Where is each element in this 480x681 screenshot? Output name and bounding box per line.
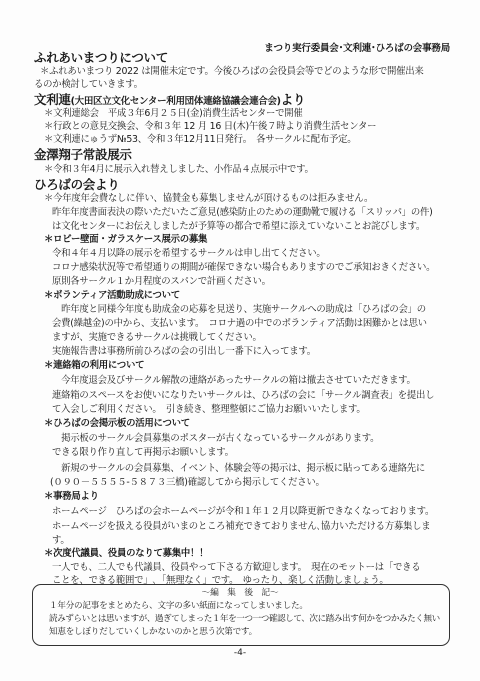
mailbox-line-2: 連絡箱のスペースをお使いになりたいサークルは、ひろばの会に「サークル調査表」を提… — [52, 390, 434, 402]
section-title-fureai: ふれあいまつりについて — [34, 50, 168, 65]
fureai-line-1: ＊ふれあいまつり 2022 は開催未定です。今後ひろばの会役員会等でどのような形… — [40, 66, 423, 78]
volunteer-line-1: 昨年度と同様今年度も助成金の応募を見送り、実施サークルへの助成は「ひろばの会」の — [52, 304, 426, 316]
bunriren-title-main: 文利連 — [34, 92, 71, 107]
mailbox-line-1: 今年度退会及びサークル解散の連絡があったサークルの箱は撤去させていただきます。 — [52, 375, 416, 387]
section-title-kanazawa: 金澤翔子常設展示 — [34, 147, 132, 162]
subsection-title-volunteer: ＊ボランティア活動助成について — [44, 290, 180, 302]
bunriren-line-1: ＊文利連総会 平成３年6月２５日(金)消費生活センターで開催 — [44, 108, 303, 120]
editor-note-line-3: 知恵をしぼりだしていくしかないのかと思う次第です。 — [49, 626, 257, 638]
editor-note-title: ～編 集 後 記～ — [0, 587, 480, 599]
recruit-line-1: 一人でも、二人でも代議員、役員やって下さる方歓迎します。 現在のモットーは「でき… — [52, 562, 420, 574]
office-line-3: す。 — [52, 535, 70, 547]
fureai-line-2: るのか検討していきます。 — [34, 79, 143, 91]
subsection-title-mailbox: ＊連絡箱の利用について — [44, 360, 144, 372]
subsection-title-bulletin: ＊ひろばの会掲示板の活用について — [44, 418, 190, 430]
subsection-title-recruit: ＊次度代議員、役員のなりて募集中！！ — [44, 548, 208, 560]
section-title-bunriren: 文利連(大田区立文化センター利用団体連絡協議会連合会)より — [34, 92, 305, 109]
publisher-header: まつり実行委員会･文利連･ひろばの会事務局 — [264, 40, 450, 54]
bunriren-line-3: ＊文利連にゅうず№53、令和３年12月11日発行。 各サークルに配布予定。 — [44, 134, 356, 146]
bunriren-title-sub: (大田区立文化センター利用団体連絡協議会連合会) — [71, 96, 281, 107]
office-line-1: ホームページ ひろばの会ホームページが令和１年１２月以降更新できなくなっておりま… — [52, 506, 434, 518]
volunteer-line-3: ますが、実施できるサークルは挑戦してください。 — [52, 332, 262, 344]
volunteer-line-2: 会費(繰越金)の中から、支払います。 コロナ過の中でのボランティア活動は困難かと… — [52, 318, 427, 330]
subsection-title-office: ＊事務局より — [44, 491, 99, 503]
subsection-title-lobby: ＊ロビー壁面・ガラスケース展示の募集 — [44, 234, 207, 246]
newsletter-page: まつり実行委員会･文利連･ひろばの会事務局 ふれあいまつりについて ＊ふれあいま… — [0, 0, 480, 681]
bunriren-title-suffix: より — [281, 92, 305, 107]
lobby-line-1: 令和４年４月以降の展示を希望するサークルは申し出てください。 — [52, 248, 325, 260]
hiroba-line-2: 昨年年度書面表決の際いただいたご意見(感染防止のための運動靴で履ける「スリッパ」… — [52, 207, 433, 219]
lobby-line-2: コロナ感染状況等で希望通りの期間が確保できない場合もありますのでご承知おきくださ… — [52, 262, 435, 274]
bulletin-line-3: 新規のサークルの会員募集、イベント、体験会等の掲示は、掲示板に貼ってある連絡先に — [52, 463, 425, 475]
hiroba-line-3: は文化センターにお伝えしましたが予算等の都合で希望に添えていないことお詫びします… — [52, 221, 425, 233]
office-line-2: ホームページを扱える役員がいまのところ補充できておりません､協力いただける方募集… — [52, 521, 430, 533]
bulletin-line-1: 掲示板のサークル会員募集のポスターが古くなっているサークルがあります。 — [52, 433, 379, 445]
bunriren-line-2: ＊行政との意見交換会、令和３年 12 月 16 日(木)午後７時より消費生活セン… — [44, 121, 376, 133]
volunteer-line-4: 実施報告書は事務所前ひろばの会の引出し一番下に入ってます。 — [52, 346, 316, 358]
page-number: -4- — [0, 648, 480, 658]
editor-note-line-1: １年分の記事をまとめたら、文字の多い紙面になってしまいました。 — [49, 600, 308, 612]
bulletin-line-2: できる限り作り直して再掲示お願いします。 — [52, 447, 234, 459]
kanazawa-line-1: ＊令和３年4月に展示入れ替えしました、小作品４点展示中です。 — [44, 164, 314, 176]
bulletin-line-4: (０９０－５５５５-５８７３三橋)確認してから掲示してください。 — [50, 477, 325, 489]
editor-note-line-2: 読みずらいとは思いますが、過ぎてしまった１年を一つ一つ確認して、次に踏み出す何か… — [49, 613, 440, 625]
section-title-hiroba: ひろばの会より — [34, 177, 119, 192]
mailbox-line-3: て入会しご利用ください。 引き続き、整理整頓にご協力お願いいたします。 — [52, 404, 366, 416]
hiroba-line-1: ＊今年度年会費なしに伴い、協賛金も募集しませんが頂けるものは拒みません。 — [44, 193, 373, 205]
lobby-line-3: 原則各サークル１か月程度のスパンで計画ください。 — [52, 276, 271, 288]
